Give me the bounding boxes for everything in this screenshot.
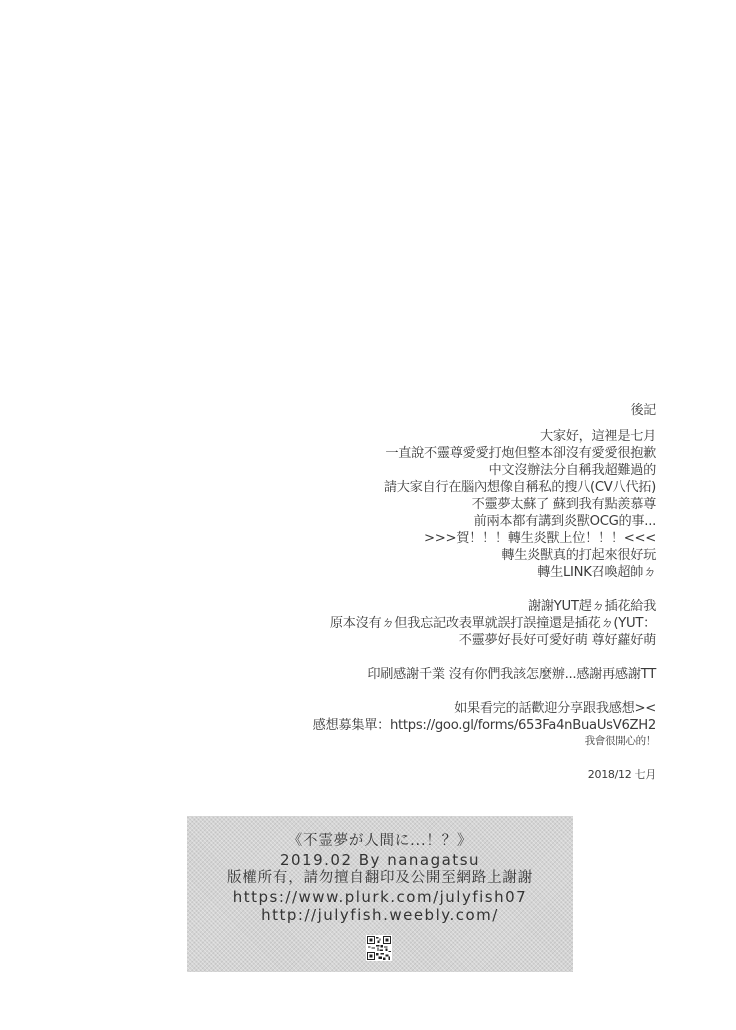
afterword-line: 印刷感謝千業 沒有你們我該怎麼辦...感謝再感謝TT xyxy=(156,666,656,683)
paragraph-gap xyxy=(156,649,656,666)
afterword-line: >>>賀！！！轉生炎獸上位！！！<<< xyxy=(156,530,656,547)
feedback-form-link: 感想募集單：https://goo.gl/forms/653Fa4nBuaUsV… xyxy=(156,717,656,734)
paragraph-gap xyxy=(156,581,656,598)
afterword-line: 前兩本都有講到炎獸OCG的事... xyxy=(156,513,656,530)
afterword-line: 如果看完的話歡迎分享跟我感想>< xyxy=(156,700,656,717)
afterword-line: 請大家自行在腦內想像自稱私的搜八(CV八代拓) xyxy=(156,479,656,496)
paragraph-gap xyxy=(156,683,656,700)
afterword-line: 不靈夢好長好可愛好萌 尊好蘿好萌 xyxy=(156,632,656,649)
website-url: http://julyfish.weebly.com/ xyxy=(187,906,573,925)
afterword-line: 中文沒辦法分自稱我超難過的 xyxy=(156,462,656,479)
edition-line: 2019.02 By nanagatsu xyxy=(187,851,573,870)
afterword-line: 一直說不靈尊愛愛打炮但整本卻沒有愛愛很抱歉 xyxy=(156,445,656,462)
afterword-date: 2018/12 七月 xyxy=(156,766,656,783)
afterword-line: 我會很開心的！ xyxy=(156,734,656,749)
copyright-notice: 版權所有，請勿擅自翻印及公開至網路上謝謝 xyxy=(187,869,573,888)
qr-code-icon xyxy=(366,935,392,961)
afterword-line: 原本沒有ㄉ但我忘記改表單就誤打誤撞還是插花ㄉ(YUT： xyxy=(156,615,656,632)
afterword-line: 轉生LINK召喚超帥ㄉ xyxy=(156,564,656,581)
afterword-line: 謝謝YUT趕ㄉ插花給我 xyxy=(156,598,656,615)
book-title: 《不霊夢が人間に...！？》 xyxy=(187,832,573,851)
afterword-title: 後記 xyxy=(631,402,656,419)
colophon-box: 《不霊夢が人間に...！？》 2019.02 By nanagatsu 版權所有… xyxy=(187,816,573,972)
afterword-section: 後記 大家好，這裡是七月 一直說不靈尊愛愛打炮但整本卻沒有愛愛很抱歉 中文沒辦法… xyxy=(156,428,656,783)
plurk-url: https://www.plurk.com/julyfish07 xyxy=(187,888,573,907)
afterword-line: 不靈夢太蘇了 蘇到我有點羨慕尊 xyxy=(156,496,656,513)
afterword-line: 轉生炎獸真的打起來很好玩 xyxy=(156,547,656,564)
afterword-line: 大家好，這裡是七月 xyxy=(156,428,656,445)
